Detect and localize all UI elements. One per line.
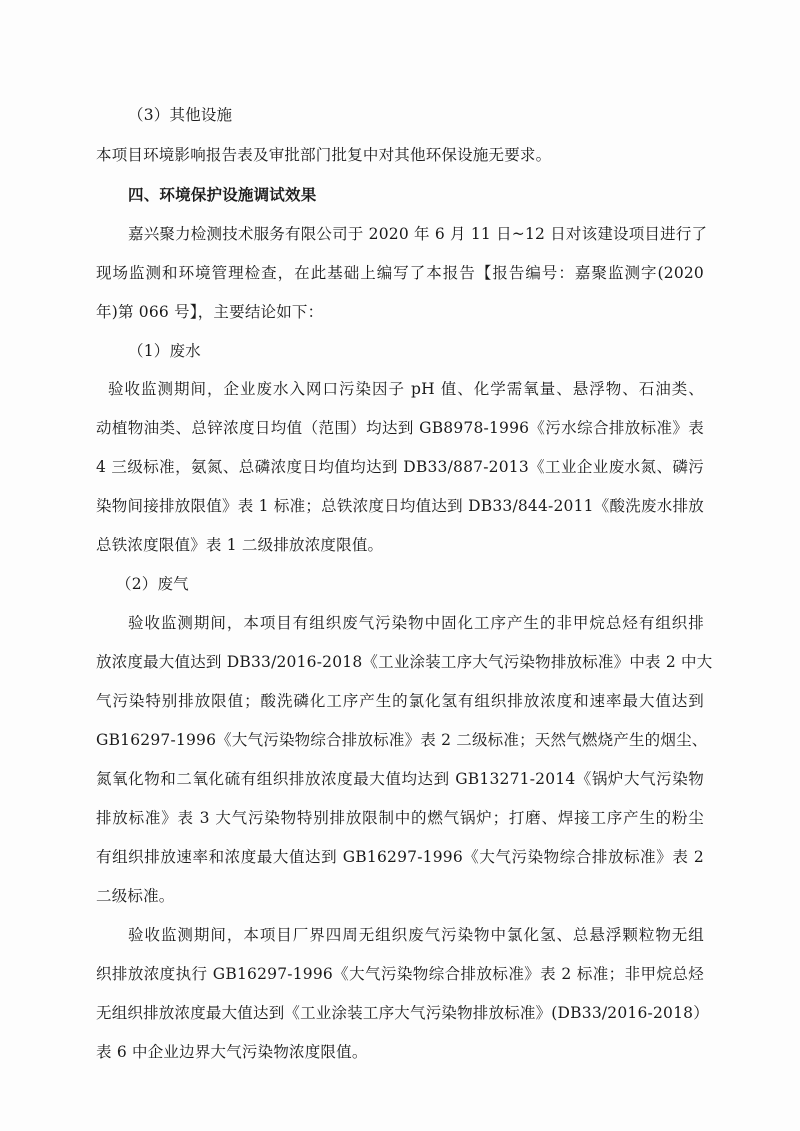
paragraph-line: 无组织排放浓度最大值达到《工业涂装工序大气污染物排放标准》(DB33/2016-… <box>96 1003 704 1023</box>
paragraph-line: 嘉兴聚力检测技术服务有限公司于 2020 年 6 月 11 日~12 日对该建设… <box>128 224 704 244</box>
paragraph-line: 验收监测期间，本项目厂界四周无组织废气污染物中氯化氢、总悬浮颗粒物无组 <box>128 925 704 945</box>
paragraph-line: 二级标准。 <box>96 886 704 906</box>
paragraph-line: 本项目环境影响报告表及审批部门批复中对其他环保设施无要求。 <box>96 145 704 165</box>
paragraph-line: 放浓度最大值达到 DB33/2016-2018《工业涂装工序大气污染物排放标准》… <box>96 652 704 672</box>
paragraph-line: 织排放浓度执行 GB16297-1996《大气污染物综合排放标准》表 2 标准；… <box>96 964 704 984</box>
paragraph-line: 气污染特别排放限值；酸洗磷化工序产生的氯化氢有组织排放浓度和速率最大值达到 <box>96 691 704 711</box>
paragraph-line: 现场监测和环境管理检查，在此基础上编写了本报告【报告编号：嘉聚监测字(2020 <box>96 263 704 283</box>
paragraph-line: 染物间接排放限值》表 1 标准；总铁浓度日均值达到 DB33/844-2011《… <box>96 496 704 516</box>
paragraph-line: 总铁浓度限值》表 1 二级排放浓度限值。 <box>96 535 704 555</box>
paragraph-line: 排放标准》表 3 大气污染物特别排放限制中的燃气锅炉；打磨、焊接工序产生的粉尘 <box>96 808 704 828</box>
paragraph-line: 有组织排放速率和浓度最大值达到 GB16297-1996《大气污染物综合排放标准… <box>96 847 704 867</box>
document-page: （3）其他设施 本项目环境影响报告表及审批部门批复中对其他环保设施无要求。 四、… <box>0 0 800 1131</box>
paragraph-line: 验收监测期间，本项目有组织废气污染物中固化工序产生的非甲烷总烃有组织排 <box>128 613 704 633</box>
paragraph-line: GB16297-1996《大气污染物综合排放标准》表 2 二级标准；天然气燃烧产… <box>96 730 704 750</box>
paragraph-line: 动植物油类、总锌浓度日均值（范围）均达到 GB8978-1996《污水综合排放标… <box>96 418 704 438</box>
subsection-heading-waste-gas: （2）废气 <box>116 574 189 594</box>
paragraph-line: 4 三级标准，氨氮、总磷浓度日均值均达到 DB33/887-2013《工业企业废… <box>96 457 704 477</box>
paragraph-line: 年)第 066 号】，主要结论如下： <box>96 302 704 322</box>
subsection-heading-other-facilities: （3）其他设施 <box>128 105 232 125</box>
paragraph-line: 表 6 中企业边界大气污染物浓度限值。 <box>96 1042 704 1062</box>
paragraph-line: 氮氧化物和二氧化硫有组织排放浓度最大值均达到 GB13271-2014《锅炉大气… <box>96 769 704 789</box>
section-heading-4: 四、环境保护设施调试效果 <box>128 185 316 205</box>
paragraph-line: 验收监测期间，企业废水入网口污染因子 pH 值、化学需氧量、悬浮物、石油类、 <box>108 379 704 399</box>
subsection-heading-wastewater: （1）废水 <box>128 341 201 361</box>
